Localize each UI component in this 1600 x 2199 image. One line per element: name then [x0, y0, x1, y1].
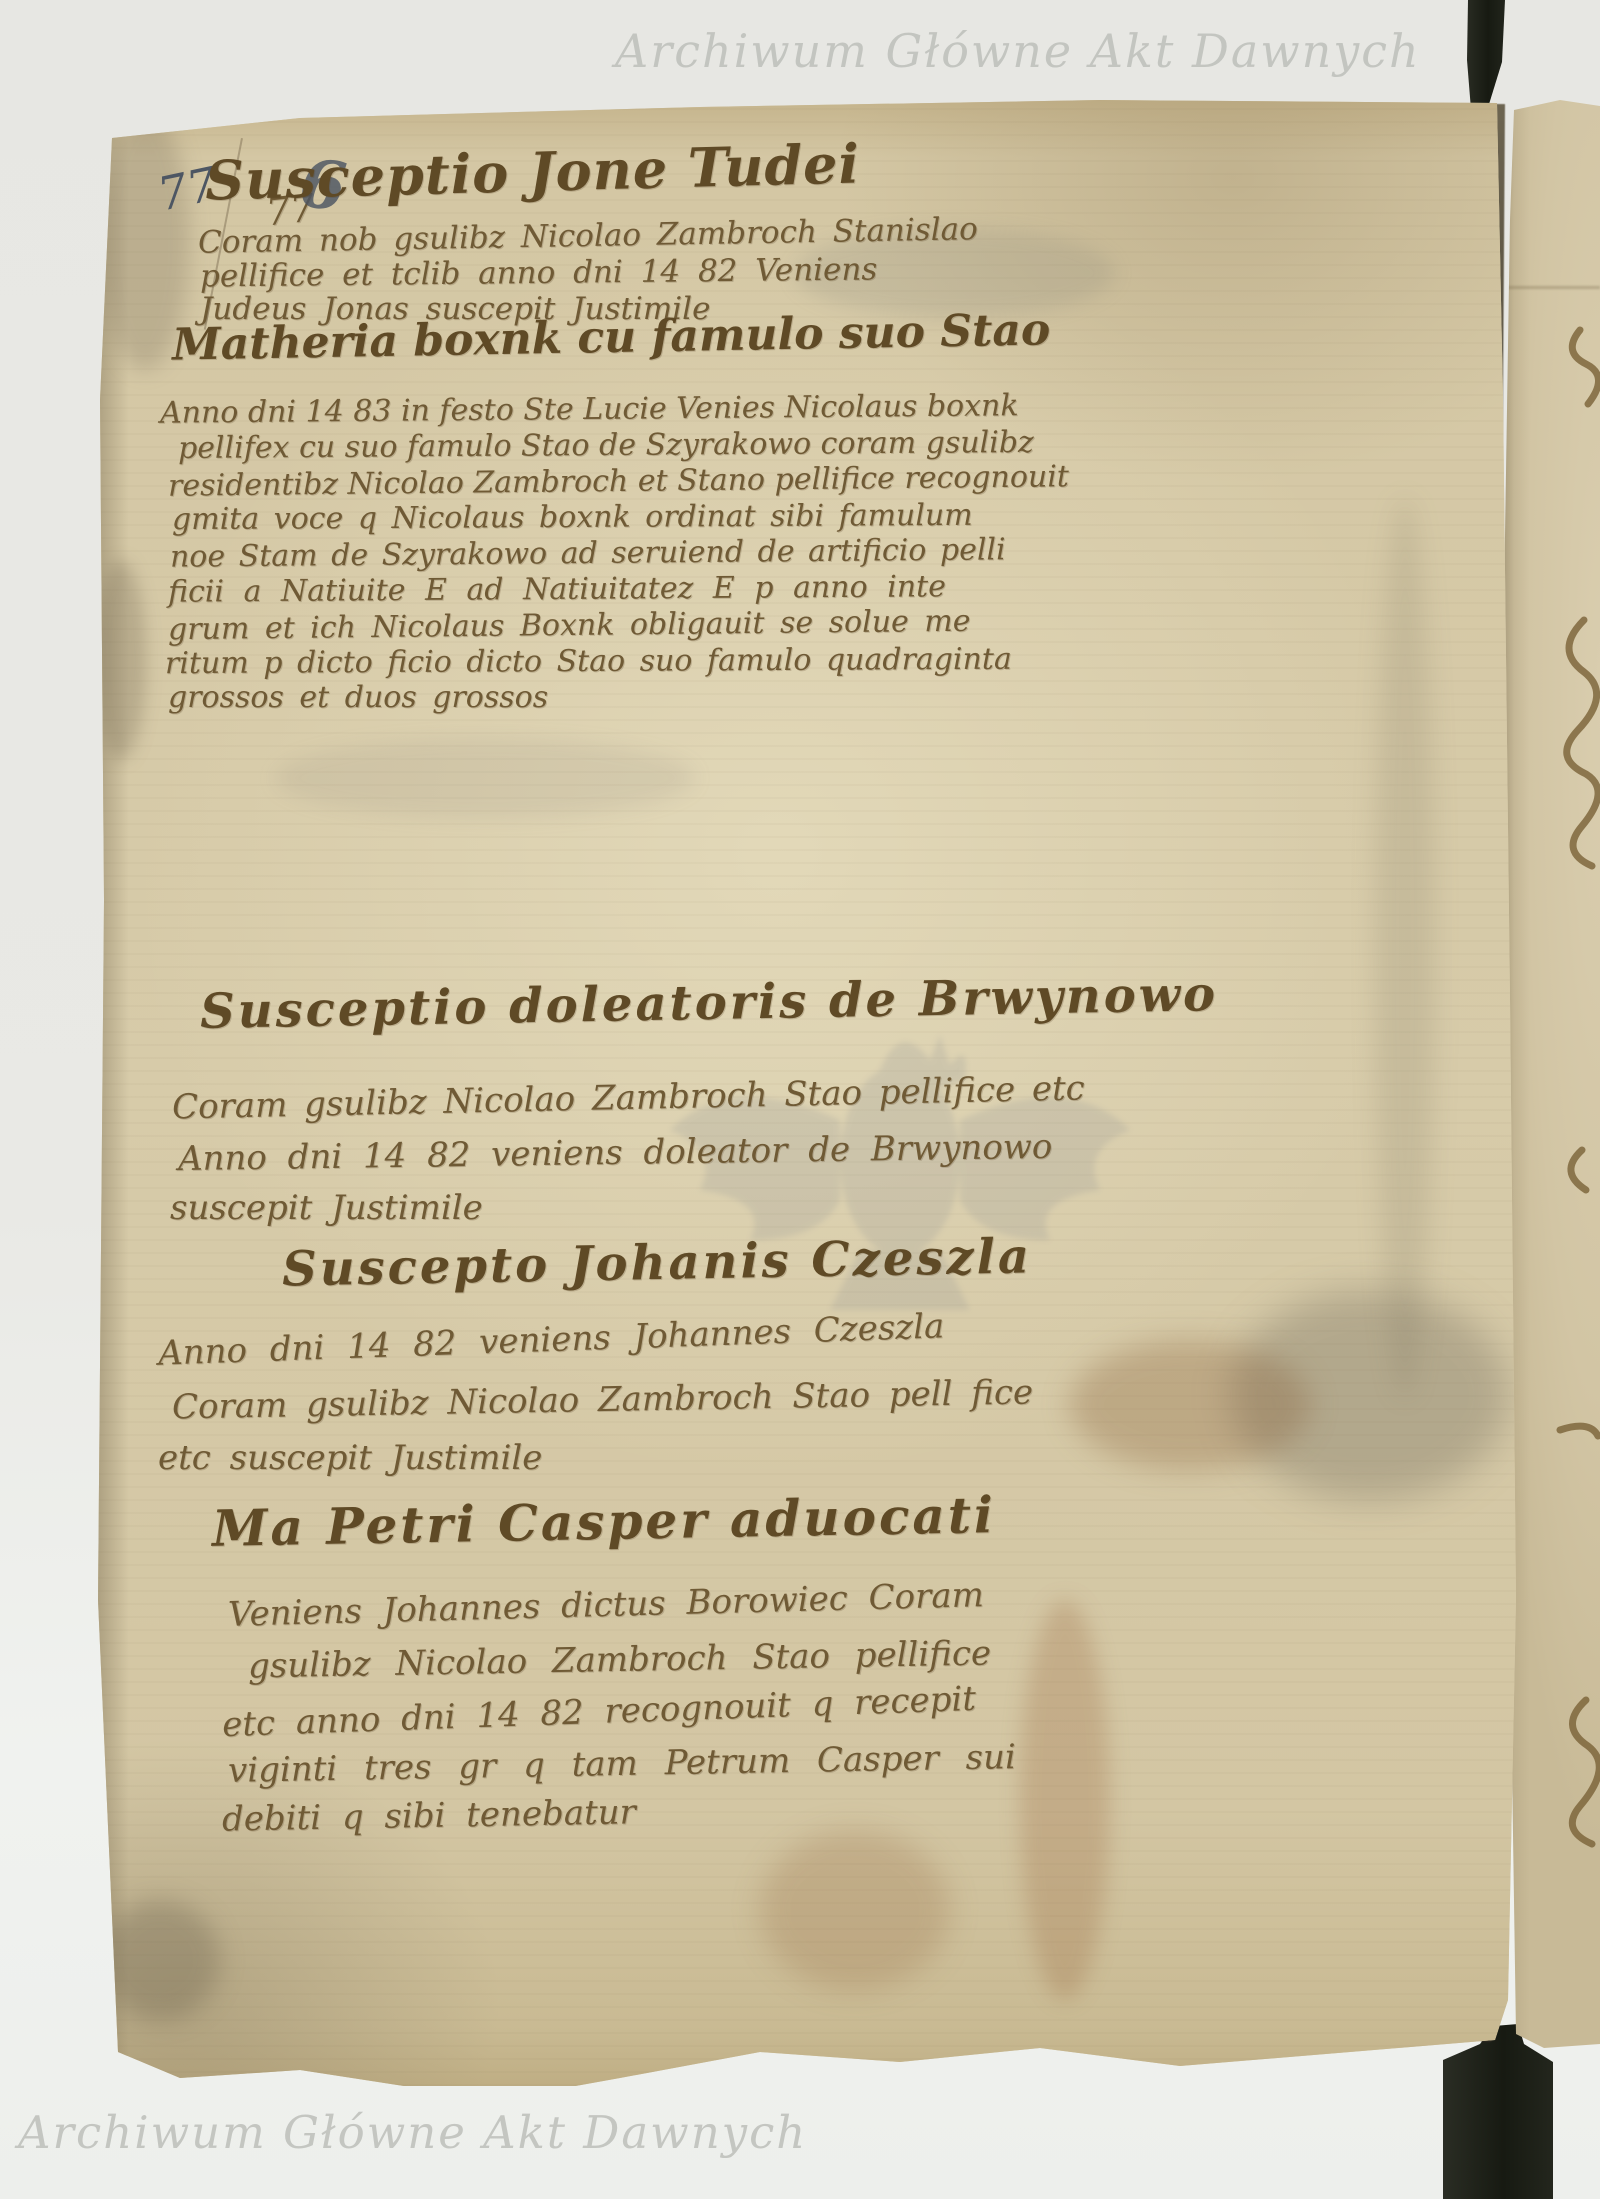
- stain: [1375, 498, 1435, 1398]
- manuscript-line: pellifice et tclib anno dni 14 82 Venien…: [200, 251, 878, 294]
- bleedthrough-text-ghost: [275, 738, 695, 818]
- adjacent-page-ink-marks: [1520, 100, 1600, 2000]
- stain: [760, 1830, 950, 1990]
- archive-scan: 77 77 6 Susceptio Jone Tudei Coram nob g…: [0, 0, 1600, 2199]
- manuscript-line: Anno dni 14 83 in festo Ste Lucie Venies…: [160, 388, 1019, 430]
- manuscript-line: pellifex cu suo famulo Stao de Szyrakowo…: [178, 425, 1034, 466]
- adjacent-page-edge: [1500, 100, 1600, 2050]
- manuscript-line: noe Stam de Szyrakowo ad seruiend de art…: [170, 532, 1006, 574]
- stain: [1020, 1600, 1110, 2000]
- archive-watermark-bottom: Archiwum Główne Akt Dawnych: [18, 2106, 807, 2159]
- stain: [96, 560, 146, 760]
- manuscript-line: ficii a Natiuite E ad Natiuitatez E p an…: [168, 569, 946, 609]
- binding-tape-bottom: [1443, 2024, 1553, 2199]
- stain: [1070, 1340, 1310, 1470]
- page-edge-grime: [95, 98, 129, 2086]
- manuscript-line: debiti q sibi tenebatur: [222, 1792, 637, 1839]
- stain: [100, 1900, 220, 2020]
- manuscript-line: grossos et duos grossos: [168, 680, 548, 715]
- manuscript-line: ritum p dicto ficio dicto Stao suo famul…: [165, 642, 1012, 681]
- manuscript-line: gmita voce q Nicolaus boxnk ordinat sibi…: [172, 498, 973, 537]
- archive-watermark-top: Archiwum Główne Akt Dawnych: [615, 24, 1421, 78]
- manuscript-line: suscepit Justimile: [170, 1188, 483, 1228]
- manuscript-line: etc suscepit Justimile: [158, 1438, 542, 1478]
